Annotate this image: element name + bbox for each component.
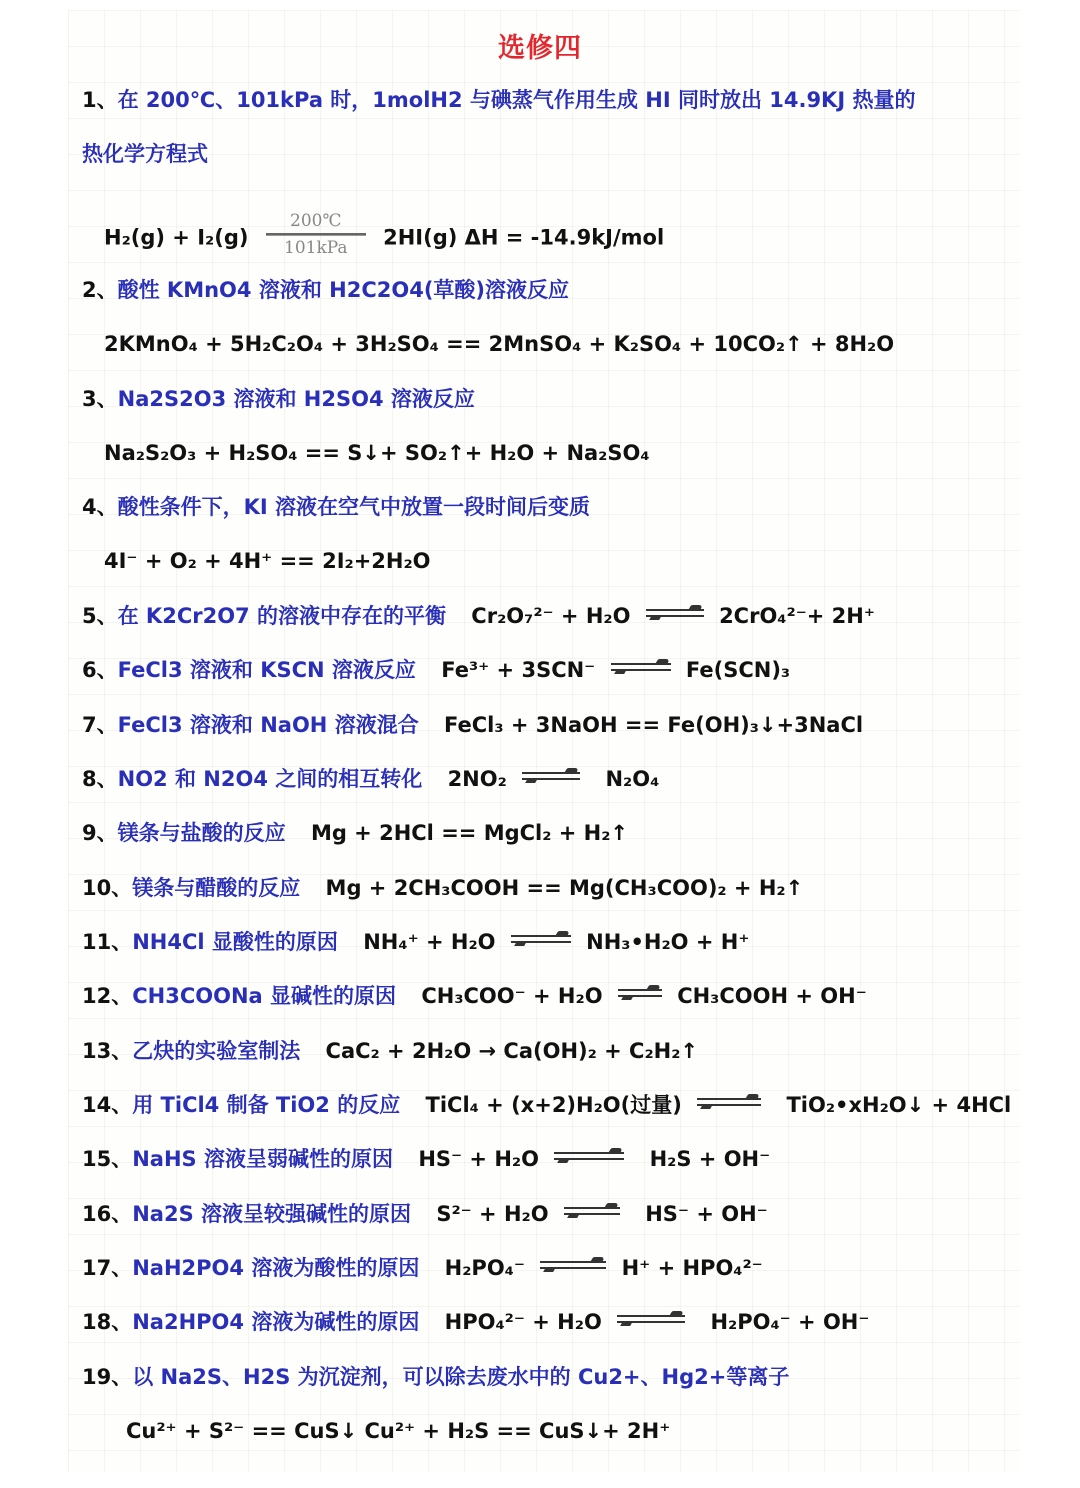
item-description: 镁条与盐酸的反应 bbox=[118, 821, 286, 845]
equation-left: Cr₂O₇²⁻ + H₂O bbox=[471, 604, 630, 628]
item-number: 2、 bbox=[82, 278, 118, 302]
equilibrium-arrow-icon bbox=[617, 1312, 685, 1326]
item-15-row: 15、NaHS 溶液呈弱碱性的原因 HS⁻ + H₂O H₂S + OH⁻ bbox=[82, 1145, 770, 1173]
item-description: 酸性条件下，KI 溶液在空气中放置一段时间后变质 bbox=[118, 495, 590, 519]
equation-right: H₂S + OH⁻ bbox=[650, 1147, 771, 1171]
item-description: 酸性 KMnO4 溶液和 H2C2O4(草酸)溶液反应 bbox=[118, 278, 569, 302]
item-number: 11、 bbox=[82, 930, 132, 954]
item-description: Na2S2O3 溶液和 H2SO4 溶液反应 bbox=[118, 387, 475, 411]
item-6-row: 6、FeCl3 溶液和 KSCN 溶液反应 Fe³⁺ + 3SCN⁻ Fe(SC… bbox=[82, 656, 790, 684]
item-description-cont: 热化学方程式 bbox=[82, 142, 208, 166]
equation-right: Fe(SCN)₃ bbox=[686, 658, 790, 682]
equilibrium-arrow-icon bbox=[511, 932, 571, 946]
item-5-row: 5、在 K2Cr2O7 的溶液中存在的平衡 Cr₂O₇²⁻ + H₂O 2CrO… bbox=[82, 602, 875, 630]
equation-left: HPO₄²⁻ + H₂O bbox=[445, 1310, 602, 1334]
item-description: 以 Na2S、H2S 为沉淀剂，可以除去废水中的 Cu2+、Hg2+等离子 bbox=[132, 1365, 789, 1389]
item-number: 1、 bbox=[82, 88, 118, 112]
item-4-equation: 4I⁻ + O₂ + 4H⁺ == 2I₂+2H₂O bbox=[104, 547, 431, 575]
equation-left: H₂(g) + I₂(g) bbox=[104, 226, 248, 250]
item-description: CH3COONa 显碱性的原因 bbox=[132, 984, 396, 1008]
equilibrium-arrow-icon bbox=[618, 986, 662, 1000]
item-19-heading: 19、以 Na2S、H2S 为沉淀剂，可以除去废水中的 Cu2+、Hg2+等离子 bbox=[82, 1363, 789, 1391]
item-11-row: 11、NH4Cl 显酸性的原因 NH₄⁺ + H₂O NH₃•H₂O + H⁺ bbox=[82, 928, 749, 956]
item-number: 15、 bbox=[82, 1147, 132, 1171]
condition-temperature: 200℃ bbox=[266, 211, 366, 231]
item-16-row: 16、Na2S 溶液呈较强碱性的原因 S²⁻ + H₂O HS⁻ + OH⁻ bbox=[82, 1200, 768, 1228]
item-number: 7、 bbox=[82, 713, 118, 737]
item-7-row: 7、FeCl3 溶液和 NaOH 溶液混合 FeCl₃ + 3NaOH == F… bbox=[82, 711, 863, 739]
item-description: FeCl3 溶液和 NaOH 溶液混合 bbox=[118, 713, 419, 737]
equilibrium-arrow-icon bbox=[564, 1204, 620, 1218]
equation-right: H₂PO₄⁻ + OH⁻ bbox=[710, 1310, 869, 1334]
equation-right: 2HI(g) ΔH = -14.9kJ/mol bbox=[383, 226, 664, 250]
item-description: 在 K2Cr2O7 的溶液中存在的平衡 bbox=[118, 604, 446, 628]
equation-right: H⁺ + HPO₄²⁻ bbox=[622, 1256, 763, 1280]
item-number: 10、 bbox=[82, 876, 132, 900]
item-3-heading: 3、Na2S2O3 溶液和 H2SO4 溶液反应 bbox=[82, 385, 475, 413]
equation-right: HS⁻ + OH⁻ bbox=[645, 1202, 768, 1226]
item-number: 13、 bbox=[82, 1039, 132, 1063]
item-number: 19、 bbox=[82, 1365, 132, 1389]
equation: Mg + 2CH₃COOH == Mg(CH₃COO)₂ + H₂↑ bbox=[326, 876, 804, 900]
equation-right: CH₃COOH + OH⁻ bbox=[677, 984, 867, 1008]
item-number: 12、 bbox=[82, 984, 132, 1008]
equilibrium-arrow-icon bbox=[697, 1095, 761, 1109]
item-number: 17、 bbox=[82, 1256, 132, 1280]
page-title: 选修四 bbox=[0, 26, 1080, 65]
equation: FeCl₃ + 3NaOH == Fe(OH)₃↓+3NaCl bbox=[444, 713, 863, 737]
item-number: 5、 bbox=[82, 604, 118, 628]
item-8-row: 8、NO2 和 N2O4 之间的相互转化 2NO₂ N₂O₄ bbox=[82, 765, 659, 793]
item-description: 用 TiCl4 制备 TiO2 的反应 bbox=[132, 1093, 400, 1117]
equation-right: NH₃•H₂O + H⁺ bbox=[586, 930, 749, 954]
item-description: NaHS 溶液呈弱碱性的原因 bbox=[132, 1147, 393, 1171]
item-17-row: 17、NaH2PO4 溶液为酸性的原因 H₂PO₄⁻ H⁺ + HPO₄²⁻ bbox=[82, 1254, 763, 1282]
item-description: 在 200℃、101kPa 时，1molH2 与碘蒸气作用生成 HI 同时放出 … bbox=[118, 88, 916, 112]
item-description: NO2 和 N2O4 之间的相互转化 bbox=[118, 767, 423, 791]
equation-left: HS⁻ + H₂O bbox=[418, 1147, 539, 1171]
item-number: 6、 bbox=[82, 658, 118, 682]
item-12-row: 12、CH3COONa 显碱性的原因 CH₃COO⁻ + H₂O CH₃COOH… bbox=[82, 982, 867, 1010]
equation-left: CH₃COO⁻ + H₂O bbox=[421, 984, 602, 1008]
item-number: 14、 bbox=[82, 1093, 132, 1117]
item-description: Na2S 溶液呈较强碱性的原因 bbox=[132, 1202, 411, 1226]
item-description: Na2HPO4 溶液为碱性的原因 bbox=[132, 1310, 419, 1334]
equation-left: 2NO₂ bbox=[448, 767, 507, 791]
item-number: 3、 bbox=[82, 387, 118, 411]
item-number: 16、 bbox=[82, 1202, 132, 1226]
item-3-equation: Na₂S₂O₃ + H₂SO₄ == S↓+ SO₂↑+ H₂O + Na₂SO… bbox=[104, 439, 650, 467]
equilibrium-arrow-icon bbox=[540, 1258, 606, 1272]
reaction-condition: 200℃ 101kPa bbox=[266, 211, 366, 258]
item-description: FeCl3 溶液和 KSCN 溶液反应 bbox=[118, 658, 416, 682]
item-19-equation: Cu²⁺ + S²⁻ == CuS↓ Cu²⁺ + H₂S == CuS↓+ 2… bbox=[126, 1417, 670, 1445]
item-13-row: 13、乙炔的实验室制法 CaC₂ + 2H₂O → Ca(OH)₂ + C₂H₂… bbox=[82, 1037, 698, 1065]
item-number: 4、 bbox=[82, 495, 118, 519]
item-number: 8、 bbox=[82, 767, 118, 791]
equation-left: H₂PO₄⁻ bbox=[445, 1256, 525, 1280]
equation-left: S²⁻ + H₂O bbox=[436, 1202, 548, 1226]
item-description: 乙炔的实验室制法 bbox=[132, 1039, 300, 1063]
item-description: 镁条与醋酸的反应 bbox=[132, 876, 300, 900]
item-10-row: 10、镁条与醋酸的反应 Mg + 2CH₃COOH == Mg(CH₃COO)₂… bbox=[82, 874, 803, 902]
condition-pressure: 101kPa bbox=[266, 238, 366, 258]
item-14-row: 14、用 TiCl4 制备 TiO2 的反应 TiCl₄ + (x+2)H₂O(… bbox=[82, 1091, 1011, 1119]
equation: CaC₂ + 2H₂O → Ca(OH)₂ + C₂H₂↑ bbox=[326, 1039, 698, 1063]
equation-left: Fe³⁺ + 3SCN⁻ bbox=[441, 658, 595, 682]
equilibrium-arrow-icon bbox=[522, 769, 580, 783]
equation-left: TiCl₄ + (x+2)H₂O(过量) bbox=[426, 1093, 682, 1117]
equation-right: N₂O₄ bbox=[605, 767, 659, 791]
equation: Mg + 2HCl == MgCl₂ + H₂↑ bbox=[311, 821, 628, 845]
reaction-bar-icon bbox=[266, 233, 366, 236]
equation-right: TiO₂•xH₂O↓ + 4HCl bbox=[786, 1093, 1011, 1117]
item-18-row: 18、Na2HPO4 溶液为碱性的原因 HPO₄²⁻ + H₂O H₂PO₄⁻ … bbox=[82, 1308, 869, 1336]
item-description: NaH2PO4 溶液为酸性的原因 bbox=[132, 1256, 419, 1280]
item-1-equation: H₂(g) + I₂(g) 200℃ 101kPa 2HI(g) ΔH = -1… bbox=[104, 215, 664, 262]
equilibrium-arrow-icon bbox=[554, 1149, 624, 1163]
item-number: 18、 bbox=[82, 1310, 132, 1334]
item-4-heading: 4、酸性条件下，KI 溶液在空气中放置一段时间后变质 bbox=[82, 493, 590, 521]
item-1-heading: 1、在 200℃、101kPa 时，1molH2 与碘蒸气作用生成 HI 同时放… bbox=[82, 86, 915, 114]
item-2-equation: 2KMnO₄ + 5H₂C₂O₄ + 3H₂SO₄ == 2MnSO₄ + K₂… bbox=[104, 330, 894, 358]
item-1-heading-cont: 热化学方程式 bbox=[82, 140, 208, 168]
equation-left: NH₄⁺ + H₂O bbox=[363, 930, 495, 954]
item-9-row: 9、镁条与盐酸的反应 Mg + 2HCl == MgCl₂ + H₂↑ bbox=[82, 819, 628, 847]
equilibrium-arrow-icon bbox=[611, 660, 671, 674]
equilibrium-arrow-icon bbox=[646, 606, 704, 620]
item-2-heading: 2、酸性 KMnO4 溶液和 H2C2O4(草酸)溶液反应 bbox=[82, 276, 569, 304]
equation-right: 2CrO₄²⁻+ 2H⁺ bbox=[719, 604, 875, 628]
item-description: NH4Cl 显酸性的原因 bbox=[132, 930, 338, 954]
item-number: 9、 bbox=[82, 821, 118, 845]
